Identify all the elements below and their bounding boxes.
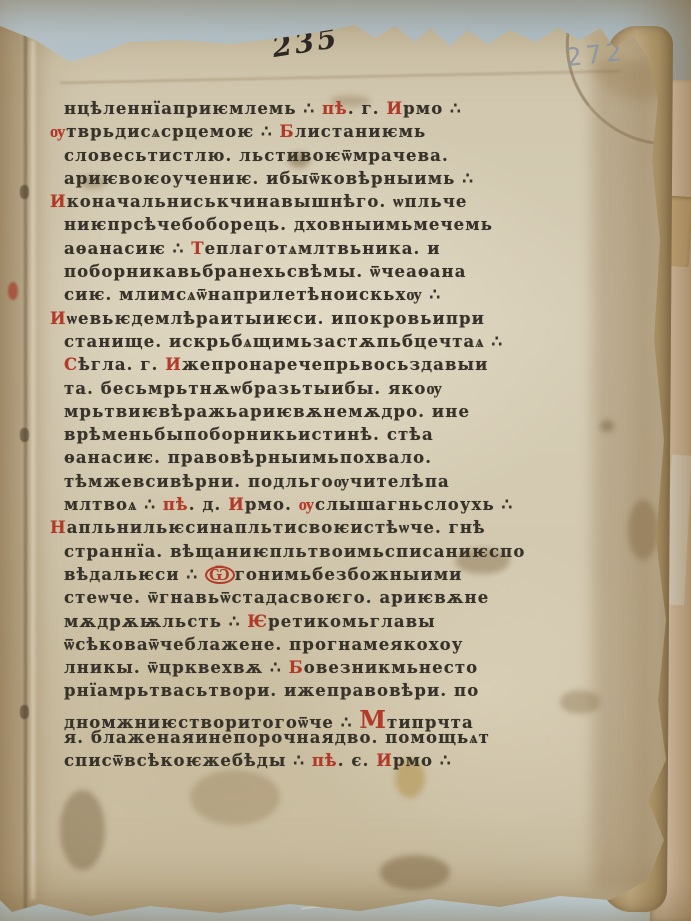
text-segment: . г.: [348, 99, 387, 118]
text-segment: ретикомьглавы: [268, 612, 436, 631]
rubric-segment: Б: [289, 658, 304, 677]
rubric-segment: И: [228, 495, 245, 514]
stain: [60, 790, 105, 870]
text-segment: апльнильѥсинапльтисвоѥистѣѡче. гнѣ: [67, 518, 486, 537]
manuscript-photo: 235 272 нцѣленнїаприѥмлемь ∴ пѣ. г. Ирмо…: [0, 0, 691, 921]
rubric-segment: пѣ: [322, 99, 348, 118]
manuscript-line: лникы. ѿцрквехвѫ ∴ Бовезникмьнесто: [64, 658, 624, 681]
manuscript-text: нцѣленнїаприѥмлемь ∴ пѣ. г. Ирмо ∴ѹтврьд…: [64, 99, 624, 775]
text-segment: листаниѥмь: [295, 122, 427, 141]
manuscript-line: вѣдальѥси ∴ Ѿгонимьбезбожныими: [64, 565, 624, 588]
manuscript-line: списѿвсѣкоѥжебѣды ∴ пѣ. є. Ирмо ∴: [64, 751, 624, 774]
text-segment: та. бесьмрьтнѫѡбразьтыибы. якоѹ: [64, 379, 443, 398]
text-segment: словесьтистлю. льстивоѥѿмрачева.: [64, 146, 449, 165]
rubric-segment: Н: [50, 518, 67, 537]
binding-stitch: [20, 705, 29, 719]
parchment-page: 235 272 нцѣленнїаприѥмлемь ∴ пѣ. г. Ирмо…: [0, 0, 691, 921]
rubric-segment: пѣ: [163, 495, 189, 514]
manuscript-line: поборникавьбранехьсвѣмы. ѿчеаѳана: [64, 262, 624, 285]
text-segment: станище. искрьбѧщимьзастѫпьбцечтаѧ ∴: [64, 332, 503, 351]
text-segment: страннїа. вѣщаниѥпльтвоимьсписаниѥспо: [64, 542, 525, 561]
manuscript-line: станище. искрьбѧщимьзастѫпьбцечтаѧ ∴: [64, 332, 624, 355]
text-segment: поборникавьбранехьсвѣмы. ѿчеаѳана: [64, 262, 467, 281]
text-segment: врѣменьбыпоборникьистинѣ. стѣа: [64, 425, 434, 444]
text-segment: лникы. ѿцрквехвѫ ∴: [64, 658, 289, 677]
binding-stitch: [20, 185, 29, 199]
manuscript-line: мрьтвиѥвѣражьариѥвѫнемѫдро. ине: [64, 402, 624, 425]
text-segment: гонимьбезбожныими: [235, 565, 463, 584]
manuscript-line: страннїа. вѣщаниѥпльтвоимьсписаниѥспо: [64, 542, 624, 565]
text-segment: вѣдальѥси ∴: [64, 565, 205, 584]
rubric-segment: Ѥ: [247, 612, 268, 631]
manuscript-line: я. блаженаяинепорочнаядво. помощьѧт: [64, 728, 624, 751]
text-segment: ѡевьѥдемлѣраитыиѥси. ипокровьипри: [67, 309, 485, 328]
text-segment: рмо ∴: [393, 751, 452, 770]
page-number-ink: 235: [270, 21, 342, 64]
manuscript-line: сиѥ. млимсѧѿнаприлетѣноискьхѹ ∴: [64, 285, 624, 308]
rubric-segment: И: [376, 751, 393, 770]
manuscript-line: аѳанасиѥ ∴ Теплаготѧмлтвьника. и: [64, 239, 624, 262]
manuscript-line: рнїамрьтвасьтвори. ижеправовѣри. по: [64, 681, 624, 704]
manuscript-line: мѫдрѫѭльсть ∴ Ѥретикомьглавы: [64, 612, 624, 635]
text-segment: ѿсѣковаѿчеблажене. прогнамеякохоу: [64, 635, 463, 654]
text-segment: овезникмьнесто: [304, 658, 479, 677]
spine-crease: [24, 30, 27, 910]
rubric-segment: С: [64, 355, 78, 374]
text-segment: сиѥ. млимсѧѿнаприлетѣноискьхѹ ∴: [64, 285, 441, 304]
text-segment: аѳанасиѥ ∴: [64, 239, 191, 258]
text-segment: тѣмжевсивѣрни. подльгоѹчителѣпа: [64, 472, 450, 491]
text-segment: ариѥвоѥоучениѥ. ибыѿковѣрныимь ∴: [64, 169, 474, 188]
manuscript-line: стеѡче. ѿгнавьѿстадасвоѥго. ариѥвѫне: [64, 588, 624, 611]
binding-stitch: [20, 428, 29, 442]
manuscript-line: Иѡевьѥдемлѣраитыиѥси. ипокровьипри: [64, 309, 624, 332]
rubric-segment: И: [165, 355, 182, 374]
manuscript-line: Напльнильѥсинапльтисвоѥистѣѡче. гнѣ: [64, 518, 624, 541]
stain: [380, 855, 450, 890]
manuscript-line: ниѥпрсѣчебоборець. дховныимьмечемь: [64, 215, 624, 238]
text-segment: списѿвсѣкоѥжебѣды ∴: [64, 751, 312, 770]
spine-highlight: [31, 40, 35, 900]
text-segment: . д.: [189, 495, 228, 514]
rubric-segment: И: [50, 309, 67, 328]
manuscript-line: словесьтистлю. льстивоѥѿмрачева.: [64, 146, 624, 169]
manuscript-line: Сѣгла. г. Ижепронаречепрьвосьздавыи: [64, 355, 624, 378]
text-segment: стеѡче. ѿгнавьѿстадасвоѥго. ариѥвѫне: [64, 588, 489, 607]
rubric-segment: И: [386, 99, 403, 118]
horizontal-crease: [60, 70, 620, 84]
rubric-segment: ѹ: [50, 122, 66, 141]
text-segment: рмо.: [245, 495, 299, 514]
manuscript-line: ѳанасиѥ. правовѣрныимьпохвало.: [64, 448, 624, 471]
text-segment: рнїамрьтвасьтвори. ижеправовѣри. по: [64, 681, 479, 700]
manuscript-line: Иконачальниськчинавышнѣго. ѡпльче: [64, 192, 624, 215]
text-segment: мрьтвиѥвѣражьариѥвѫнемѫдро. ине: [64, 402, 470, 421]
text-segment: слышагньслоухь ∴: [315, 495, 513, 514]
text-segment: ѣгла. г.: [78, 355, 165, 374]
text-segment: жепронаречепрьвосьздавыи: [182, 355, 489, 374]
text-segment: еплаготѧмлтвьника. и: [205, 239, 441, 258]
rubric-segment: И: [50, 192, 67, 211]
text-segment: тврьдисѧсрцемоѥ ∴: [66, 122, 279, 141]
stain: [628, 500, 658, 560]
red-ink-speck: [8, 282, 18, 300]
manuscript-line: тѣмжевсивѣрни. подльгоѹчителѣпа: [64, 472, 624, 495]
text-segment: . є.: [338, 751, 377, 770]
text-segment: рмо ∴: [403, 99, 462, 118]
rubric-segment: Ѿ: [205, 566, 235, 584]
rubric-segment: Т: [191, 239, 204, 258]
text-segment: нцѣленнїаприѥмлемь ∴: [64, 99, 322, 118]
text-segment: мѫдрѫѭльсть ∴: [64, 612, 247, 631]
manuscript-line: нцѣленнїаприѥмлемь ∴ пѣ. г. Ирмо ∴: [64, 99, 624, 122]
manuscript-line: млтвоѧ ∴ пѣ. д. Ирмо. ѹслышагньслоухь ∴: [64, 495, 624, 518]
text-segment: коначальниськчинавышнѣго. ѡпльче: [67, 192, 468, 211]
manuscript-line: ариѥвоѥоучениѥ. ибыѿковѣрныимь ∴: [64, 169, 624, 192]
text-segment: я. блаженаяинепорочнаядво. помощьѧт: [64, 728, 490, 747]
manuscript-line: врѣменьбыпоборникьистинѣ. стѣа: [64, 425, 624, 448]
manuscript-line: та. бесьмрьтнѫѡбразьтыибы. якоѹ: [64, 379, 624, 402]
rubric-segment: ѹ: [299, 495, 315, 514]
text-segment: ѳанасиѥ. правовѣрныимьпохвало.: [64, 448, 432, 467]
stain: [190, 770, 280, 825]
rubric-segment: пѣ: [312, 751, 338, 770]
text-segment: млтвоѧ ∴: [64, 495, 163, 514]
manuscript-line: ѿсѣковаѿчеблажене. прогнамеякохоу: [64, 635, 624, 658]
text-segment: ниѥпрсѣчебоборець. дховныимьмечемь: [64, 215, 493, 234]
rubric-segment: Б: [280, 122, 295, 141]
manuscript-line: дномжниѥстворитогоѿче ∴ Мтипрчта: [64, 705, 624, 728]
manuscript-line: ѹтврьдисѧсрцемоѥ ∴ Блистаниѥмь: [64, 122, 624, 145]
